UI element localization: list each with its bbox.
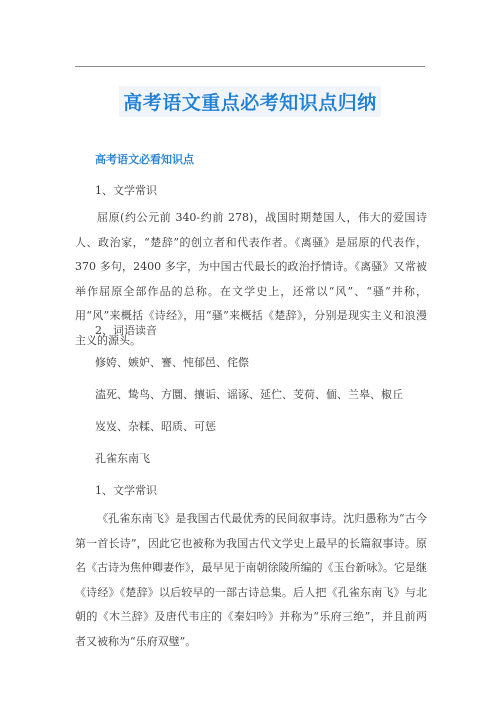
section1-heading: 1、文学常识 <box>95 184 157 197</box>
section3-title: 孔雀东南飞 <box>95 452 150 465</box>
vocab-line-2: 溘死、鸷鸟、方圜、攘诟、谣诼、延伫、芰荷、偭、兰皋、椒丘 <box>95 388 403 401</box>
section3-heading: 1、文学常识 <box>95 484 157 497</box>
vocab-line-3: 岌岌、杂糅、昭质、可惩 <box>95 420 216 433</box>
title-container: 高考语文重点必考知识点归纳 <box>0 86 500 117</box>
vocab-line-1: 修姱、嫉妒、謇、忳郁邑、侘傺 <box>95 356 249 369</box>
section3-paragraph: 《孔雀东南飞》是我国古代最优秀的民间叙事诗。沈归愚称为“古今第一首长诗”，因此它… <box>75 507 427 654</box>
page-title: 高考语文重点必考知识点归纳 <box>119 86 381 117</box>
section2-heading: 2、词语读音 <box>95 324 157 337</box>
header-rule <box>75 66 425 67</box>
document-page: 高考语文重点必考知识点归纳 高考语文必看知识点 1、文学常识 屈原(约公元前 3… <box>0 0 500 708</box>
section-subtitle: 高考语文必看知识点 <box>95 151 194 167</box>
